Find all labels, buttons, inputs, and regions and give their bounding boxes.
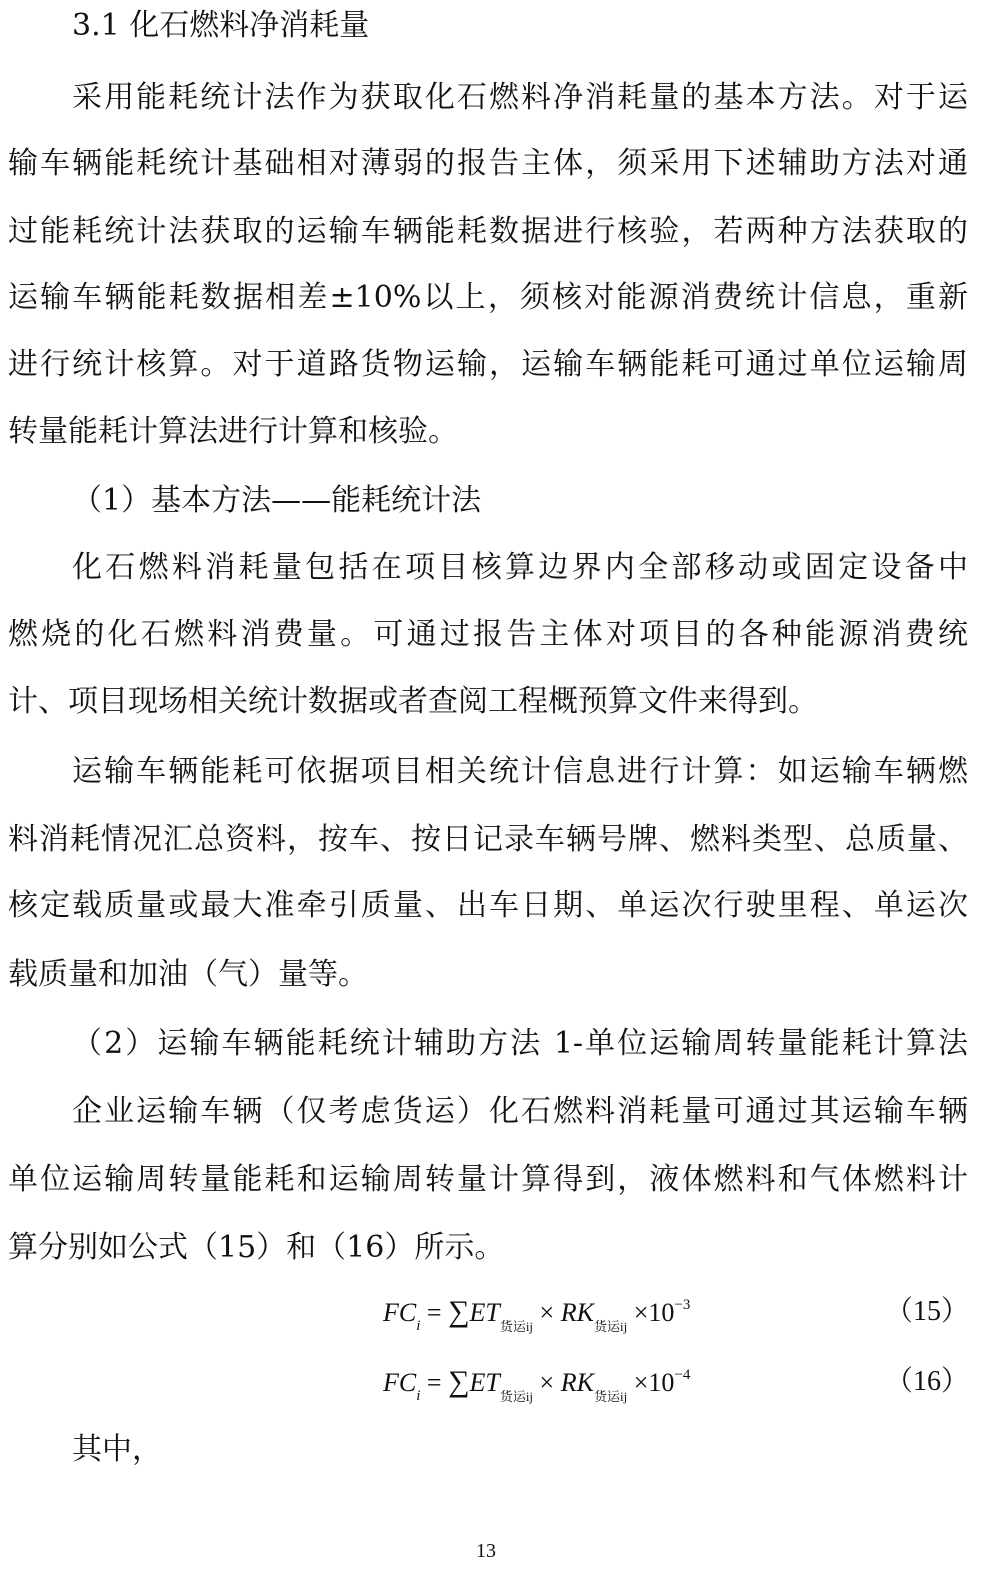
- subsection-heading-2: （2）运输车辆能耗统计辅助方法 1-单位运输周转量能耗计算法: [72, 1024, 968, 1064]
- paragraph-line: 过能耗统计法获取的运输车辆能耗数据进行核验，若两种方法获取的: [8, 212, 968, 252]
- page-number: 13: [0, 1540, 972, 1563]
- paragraph-line: 燃烧的化石燃料消费量。可通过报告主体对项目的各种能源消费统: [8, 615, 968, 655]
- paragraph-line: 载质量和加油（气）量等。: [8, 955, 368, 995]
- paragraph-line: 算分别如公式（15）和（16）所示。: [8, 1228, 504, 1268]
- paragraph-line: 其中，: [72, 1430, 162, 1470]
- equation-number-16: （16）: [885, 1362, 969, 1402]
- formula-16: FCi = ∑ET货运ij × RK货运ij ×10−4: [383, 1362, 690, 1407]
- paragraph-line: 单位运输周转量能耗和运输周转量计算得到，液体燃料和气体燃料计: [8, 1160, 968, 1200]
- equation-number-15: （15）: [885, 1292, 969, 1332]
- paragraph-line: 采用能耗统计法作为获取化石燃料净消耗量的基本方法。对于运: [72, 78, 968, 118]
- paragraph-line: 输车辆能耗统计基础相对薄弱的报告主体，须采用下述辅助方法对通: [8, 144, 968, 184]
- sum-symbol: ∑: [448, 1295, 469, 1328]
- formula-lhs: FC: [383, 1298, 416, 1327]
- paragraph-line: 料消耗情况汇总资料，按车、按日记录车辆号牌、燃料类型、总质量、: [8, 820, 968, 860]
- formula-15: FCi = ∑ET货运ij × RK货运ij ×10−3: [383, 1292, 690, 1337]
- subsection-heading-1: （1）基本方法——能耗统计法: [72, 481, 481, 521]
- paragraph-line: 运输车辆能耗数据相差±10%以上，须核对能源消费统计信息，重新: [8, 278, 968, 318]
- section-heading: 3.1 化石燃料净消耗量: [72, 6, 369, 46]
- paragraph-line: 核定载质量或最大准牵引质量、出车日期、单运次行驶里程、单运次: [8, 886, 968, 926]
- paragraph-line: 计、项目现场相关统计数据或者查阅工程概预算文件来得到。: [8, 682, 818, 722]
- paragraph-line: 转量能耗计算法进行计算和核验。: [8, 412, 458, 452]
- sum-symbol: ∑: [448, 1365, 469, 1398]
- paragraph-line: 运输车辆能耗可依据项目相关统计信息进行计算：如运输车辆燃: [72, 752, 968, 792]
- paragraph-line: 化石燃料消耗量包括在项目核算边界内全部移动或固定设备中: [72, 548, 968, 588]
- paragraph-line: 进行统计核算。对于道路货物运输，运输车辆能耗可通过单位运输周: [8, 345, 968, 385]
- paragraph-line: 企业运输车辆（仅考虑货运）化石燃料消耗量可通过其运输车辆: [72, 1092, 968, 1132]
- formula-lhs: FC: [383, 1368, 416, 1397]
